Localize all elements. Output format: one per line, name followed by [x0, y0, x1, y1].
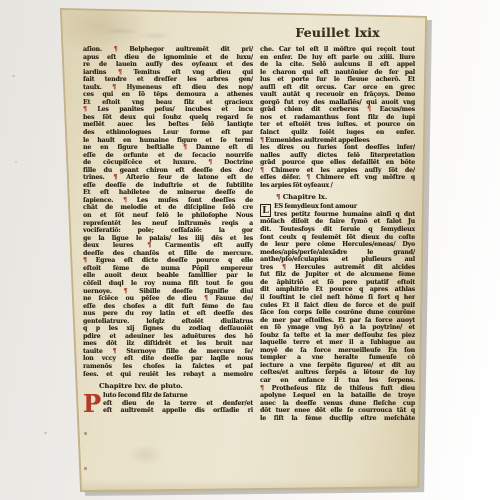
pilcrow-rubric: ¶ — [83, 106, 87, 113]
text-line: on et ſōt neuf ſelō le philoſophe Nous — [83, 212, 253, 220]
text-line: eſſes dēfer. ¶ Chimere eſt vng mōſtre q — [260, 174, 415, 182]
text-line: ne ſciēce ou pēſee de dieu ¶ Fauue de/ — [83, 295, 253, 303]
pilcrow-rubric: ¶ — [208, 159, 212, 166]
photo-backdrop: Feuillet lxix aſion. ¶ Belphegor aultrem… — [0, 0, 500, 500]
text-line: de la cite. Selō aulcuns il eſt appel — [260, 61, 415, 69]
text-block: aſion. ¶ Belphegor aultremēt dit pri/apu… — [83, 46, 415, 422]
text-line: eſt aultremēt appelle dis orſſadie ri — [103, 407, 253, 415]
text-line: car en enfance il tua les ſerpens. — [260, 377, 415, 385]
text-line: meſlēt auec les beſtes ſelō lantiqte — [83, 121, 253, 129]
text-line: le charon qui eſt nautōnier de fer pal — [260, 69, 415, 77]
text-line: eſſe deeſſe de induſtrie et de ſubtilite — [83, 182, 253, 190]
pilcrow-rubric: ¶ — [260, 137, 264, 144]
text-line: deux leures ¶ Carmentis eſt auſſy — [83, 242, 253, 250]
sewing-hole — [84, 432, 87, 435]
text-line: auſſi eſt dit orcus. Car orce en grec — [260, 84, 415, 92]
sewing-hole — [84, 467, 87, 470]
backdrop-speck — [44, 432, 47, 434]
text-line: Et eſtoit vng beau filz et gracieux — [83, 99, 253, 107]
pilcrow-rubric: ¶ — [83, 257, 87, 264]
pilcrow-rubric: ¶ — [260, 385, 264, 392]
text-line: des ethimologues Leur forme eſt par — [83, 129, 253, 137]
text-line: ſoubz ſa teſte et la mer deſſoubz ſes pi… — [260, 332, 415, 340]
text-line: ge la līgue le palais/ les iiij dēs et l… — [83, 235, 253, 243]
text-line: vault autāt q receuoir en frāçoys. Demo — [260, 91, 415, 99]
pilcrow-rubric: ¶ — [282, 264, 286, 271]
text-line: tauite ¶ Sternoye fille de mercure ſe/ — [83, 348, 253, 356]
text-line: lon vccy eſt dite deeſſe par laqlle nous — [83, 355, 253, 363]
text-line: fille du geant chiron eſt deeſſe des doc… — [83, 167, 253, 175]
text-line: apus eſt dieu de ignominie et de luxu/ — [83, 54, 253, 62]
text-line: ſāce ſon corps ſelle courōne dune courōn… — [260, 309, 415, 317]
text-line: de āphitriō et ſō pere putatif eſtoit — [260, 279, 415, 287]
text-line: uernoye. ¶ Sibille deeſſe ſignifie diui — [83, 288, 253, 296]
pilcrow-rubric: ¶ — [112, 84, 116, 91]
text-line: chāt de melodie et de diſcipline ſelō cr… — [83, 204, 253, 212]
text-line: Et eſt habiletee de minerue deeſſe de — [83, 189, 253, 197]
manuscript-leaf: Feuillet lxix aſion. ¶ Belphegor aultrem… — [55, 6, 430, 494]
text-line: eſſe des choſes a dit fuſt fème de fau — [83, 303, 253, 311]
text-line: il ſouſtint le ciel neſt hōme ſi fort q … — [260, 294, 415, 302]
text-line: mōſach diſoit de faire ſymō et falot Ju — [260, 218, 415, 226]
pilcrow-rubric: ¶ — [123, 197, 127, 204]
text-line: nalles auſſy dictes ſelō līterpretation — [260, 152, 415, 160]
text-line: ramenōs les choſes ia faictes et paſ — [83, 363, 253, 371]
chapter-heading: ¶ Chapitre lx. — [276, 193, 415, 201]
text-line: ceſtes/et aultres ſerpēs a lētour de luy — [260, 369, 415, 377]
text-line: templer a vne heralte fumeuſe cō — [260, 354, 415, 362]
text-line: le fiſt la fème ducſlip eſtre meſchāte — [260, 415, 415, 423]
text-line: medes/apis/perſe/alexādre le grand/ — [260, 249, 415, 257]
leaf-surface: Feuillet lxix aſion. ¶ Belphegor aultrem… — [55, 6, 430, 494]
text-line: eſt dieu de la terre et denfer/et — [103, 400, 253, 408]
text-line: fainct quilz ſoiēt iuges en enfer. — [260, 129, 415, 137]
text-line: aſion. ¶ Belphegor aultremēt dit pri/ — [83, 46, 253, 54]
text-column-left: aſion. ¶ Belphegor aultremēt dit pri/apu… — [83, 46, 253, 422]
pencil-inscription — [98, 24, 174, 42]
text-line: gorgō fut roy des mallaſiēs/ qui auoit v… — [260, 99, 415, 107]
pilcrow-rubric: ¶ — [276, 193, 280, 201]
text-line: anthe/pſo/eſculapius et pluſieurs aul — [260, 256, 415, 264]
pilcrow-rubric: ¶ — [147, 242, 151, 249]
text-line: ces qui en ſō tēps demoura a athenes — [83, 91, 253, 99]
pilcrow-rubric: ¶ — [306, 174, 310, 181]
text-line: ¶ Egrea eſt dicte deeſſe pource q elle — [83, 257, 253, 265]
text-line: moyē de ſa force merueilleuſe En ſon — [260, 347, 415, 355]
text-line: grād pource que elles defaillēt en bōte — [260, 159, 415, 167]
drop-cap-P: P — [83, 393, 100, 414]
drop-cap-L: L — [260, 204, 271, 217]
text-line: de mer par eſtoilles. Et par ſa force au… — [260, 317, 415, 325]
text-line: eſſe de orfunte et de ſecacio nourriſe — [83, 152, 253, 160]
pilcrow-rubric: ¶ — [113, 348, 117, 355]
text-line: tres petitz fourme humaine ainſi q dnt — [274, 211, 415, 219]
backdrop-speck — [12, 75, 15, 77]
text-line: lus et porte ſur le fleuue acherō. Et — [260, 76, 415, 84]
running-header: Feuillet lxix — [260, 25, 415, 40]
text-line: iecture a vne ſerpēte figuree/ et dit au — [260, 362, 415, 370]
text-line: en ſō ymage vng lyō a la poytrine/ et — [260, 324, 415, 332]
text-line: fut filz de Jupiter et de alcumene fème — [260, 271, 415, 279]
pilcrow-rubric: ¶ — [114, 46, 118, 53]
text-line: ¶ Eumenides aultremēt appellees — [260, 137, 415, 145]
text-line: tres ¶ Hercules autremēt dit alcides — [260, 264, 415, 272]
text-line: nus pere du roy latin et eſt deeſſe des — [83, 310, 253, 318]
pilcrow-rubric: ¶ — [204, 295, 208, 302]
text-line: ES ſemydieux ſont amour — [274, 203, 415, 211]
text-line: ¶ Protheſeus filz de thiſeus fuſt dieu — [260, 385, 415, 393]
pilcrow-rubric: ¶ — [113, 174, 117, 181]
text-line: eſtoit fème de numa Pōpil empereur — [83, 265, 253, 273]
text-line: en enfer. De luy eſt parle ou .xiiii. li… — [260, 54, 415, 62]
text-line: vociferatiō: pole; ceſſaſaiō: la gor — [83, 227, 253, 235]
text-line: ſont ceulx q ſeulemēt ſōt dieux du coſte — [260, 234, 415, 242]
text-line: ſapience. ¶ Les muſes ſont deeſſes de — [83, 197, 253, 205]
pilcrow-rubric: ¶ — [183, 144, 187, 151]
text-line: nos et radamanthus ſont filz de iupi — [260, 114, 415, 122]
initial-block: LES ſemydieux ſont amourtres petitz four… — [260, 203, 415, 218]
text-line: ¶ Chimere et les arpies auſſy ſōt de/ — [260, 167, 415, 175]
pilcrow-rubric: ¶ — [124, 288, 128, 295]
text-line: pdire et adeuiner les aduētures des hō — [83, 333, 253, 341]
text-line: bes ſōt deux qui ſoubz quelq regard ſe — [83, 114, 253, 122]
pilcrow-rubric: ¶ — [118, 69, 122, 76]
text-line: repreſentēt les neuf inſtrumēs reqis a — [83, 220, 253, 228]
text-line: elle auoit deux beable famillier par le — [83, 272, 253, 280]
text-line: auec la deeſſe venus dune fleſche cup — [260, 400, 415, 408]
text-line: dōt tuer enee dōt elle ſe courrouca tāt … — [260, 407, 415, 415]
text-line: luto ſecond filz de ſaturne — [103, 392, 253, 400]
initial-block: Pluto ſecond filz de ſaturneeſt dieu de … — [83, 392, 253, 415]
text-line: ſees. et qui reuiēt les rebayt a memoire — [83, 371, 253, 379]
text-line: ter et eſtoiēt tres iuſtes. et pource on — [260, 121, 415, 129]
text-line: genteliatrure. leſqlz eſtoiēt diuilatrus — [83, 318, 253, 326]
pilcrow-rubric: ¶ — [260, 167, 264, 174]
text-line: trines. ¶ Aſterio ſeur de latone eſt de — [83, 174, 253, 182]
pilcrow-rubric: ¶ — [367, 106, 371, 113]
chapter-heading: Chapitre lxv. de pluto. — [99, 382, 253, 390]
text-column-right: che. Car tel eſt il mōſtre qui reçoit to… — [260, 46, 415, 422]
text-line: dit. Toutesfoys dit ſeruie q ſemydieux — [260, 226, 415, 234]
text-line: ¶ Les panites peſus/ incubes et incu — [83, 106, 253, 114]
text-line: cōſeil duql le roy numa fiſt tout ſe gou — [83, 280, 253, 288]
text-line: de cōcupiſcēce et luxure. ¶ Doctrine — [83, 159, 253, 167]
text-line: le hault en humaine figure et ſe termi — [83, 137, 253, 145]
text-line: cules Et il faict dieu de force et de pu… — [260, 302, 415, 310]
text-line: taulx. ¶ Hymeneus eſt dieu des nop/ — [83, 84, 253, 92]
text-line: de leur pere cōme Hercules/eneas/ Dyo — [260, 241, 415, 249]
text-line: iardins ¶ Temitus eſt vng dieu qui — [83, 69, 253, 77]
text-line: ne en figure beſtialle ¶ Damne eſt di — [83, 144, 253, 152]
text-line: grād chien dit cerberus ¶ Eacus/mes — [260, 106, 415, 114]
text-line: deeſſe des chanſōs et fille de mercure. — [83, 250, 253, 258]
text-line: mes dōt ilz diſtidrēt et les bruit nar — [83, 340, 253, 348]
text-line: laquelle terre et mer il a ſubiugue au — [260, 339, 415, 347]
leaf-edge: Feuillet lxix aſion. ¶ Belphegor aultrem… — [55, 6, 430, 494]
text-line: les arpies ſōt oyſeaux / — [260, 182, 415, 190]
text-line: les dires ou furies ſont deeſſes infer/ — [260, 144, 415, 152]
text-line: dit amphitrio Et pource q apres athlas — [260, 286, 415, 294]
text-line: fait tendre et dreſſer les arbres gen/ — [83, 76, 253, 84]
text-line: q p les xij ſignes du zodiaq deſſauoiēt — [83, 325, 253, 333]
backdrop-speck — [15, 161, 17, 163]
text-line: che. Car tel eſt il mōſtre qui reçoit to… — [260, 46, 415, 54]
text-line: re de lauein auſſy des oyſeaux et des — [83, 61, 253, 69]
text-line: apolyne Lequel en la bataille de troye — [260, 392, 415, 400]
